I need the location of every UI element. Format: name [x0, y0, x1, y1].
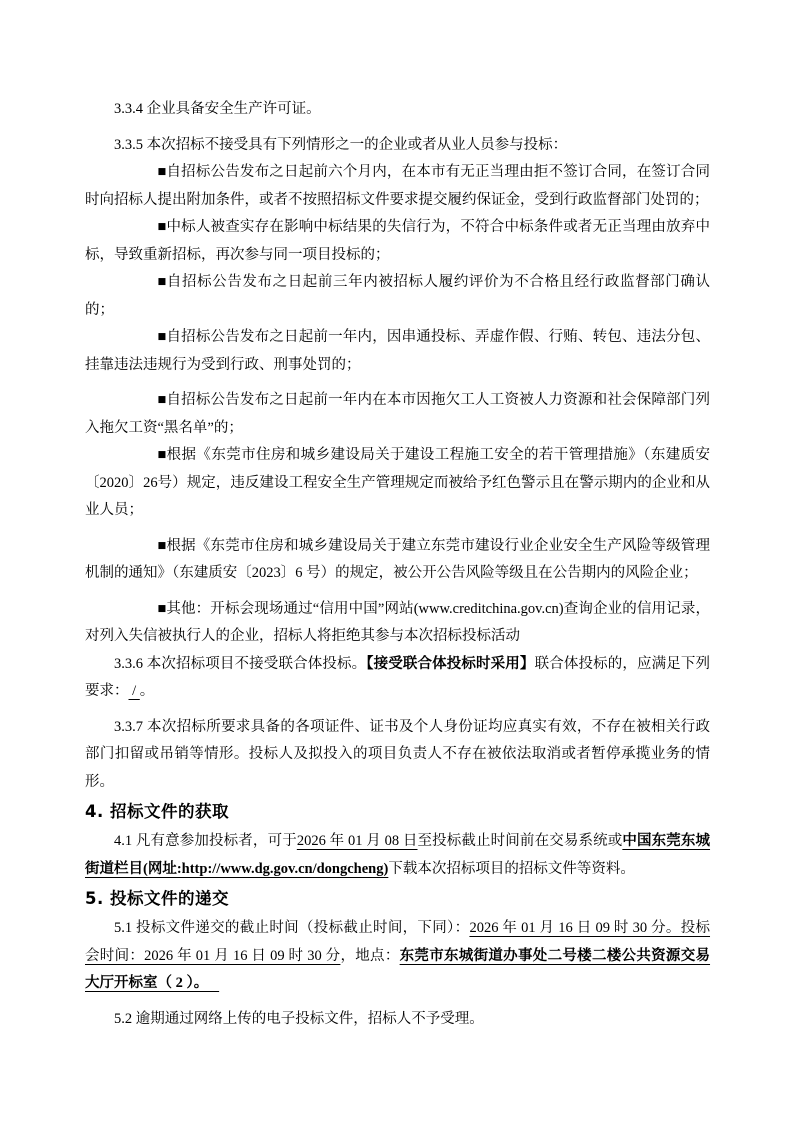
document-body: 3.3.4 企业具备安全生产许可证。3.3.5 本次招标不接受具有下列情形之一的… — [85, 96, 710, 1033]
clause-3-3-6-run-4: 。 — [140, 683, 155, 699]
exclusion-item-1-run-0: ■自招标公告发布之日起前六个月内，在本市有无正当理由拒不签订合同，在签订合同时向… — [85, 164, 710, 208]
clause-3-3-6: 3.3.6 本次招标项目不接受联合体投标。【接受联合体投标时采用】联合体投标的，… — [85, 651, 710, 706]
clause-5-1-run-0: 5.1 投标文件递交的截止时间（投标截止时间，下同）： — [114, 920, 469, 936]
clause-5-2-run-0: 5.2 逾期通过网络上传的电子投标文件，招标人不予受理。 — [114, 1011, 484, 1027]
exclusion-item-4-run-0: ■自招标公告发布之日起前一年内，因串通投标、弄虚作假、行贿、转包、违法分包、挂靠… — [85, 329, 710, 373]
exclusion-item-6: ■根据《东莞市住房和城乡建设局关于建设工程施工安全的若干管理措施》（东建质安〔2… — [85, 442, 710, 525]
clause-5-2: 5.2 逾期通过网络上传的电子投标文件，招标人不予受理。 — [85, 1006, 710, 1034]
clause-3-3-6-run-0: 3.3.6 本次招标项目不接受联合体投标。 — [114, 656, 366, 672]
exclusion-item-6-run-0: ■根据《东莞市住房和城乡建设局关于建设工程施工安全的若干管理措施》（东建质安〔2… — [85, 447, 710, 518]
exclusion-item-7-run-0: ■根据《东莞市住房和城乡建设局关于建立东莞市建设行业企业安全生产风险等级管理机制… — [85, 538, 710, 582]
exclusion-item-1: ■自招标公告发布之日起前六个月内，在本市有无正当理由拒不签订合同，在签订合同时向… — [85, 159, 710, 214]
exclusion-item-5-run-0: ■自招标公告发布之日起前一年内在本市因拖欠工人工资被人力资源和社会保障部门列入拖… — [85, 392, 710, 436]
exclusion-item-3-run-0: ■自招标公告发布之日起前三年内被招标人履约评价为不合格且经行政监督部门确认的； — [85, 274, 710, 318]
clause-3-3-5-run-0: 3.3.5 本次招标不接受具有下列情形之一的企业或者从业人员参与投标： — [114, 137, 567, 153]
exclusion-item-8: ■其他：开标会现场通过“信用中国”网站(www.creditchina.gov.… — [85, 596, 710, 651]
clause-3-3-6-run-3: / — [129, 683, 140, 699]
clause-4-1-run-4: 下载本次招标项目的招标文件等资料。 — [388, 861, 635, 877]
clause-3-3-4-run-0: 3.3.4 企业具备安全生产许可证。 — [114, 101, 321, 117]
clause-4-1-run-1: 2026 年 01 月 08 日 — [297, 833, 418, 849]
exclusion-item-8-run-0: ■其他：开标会现场通过“信用中国”网站(www.creditchina.gov.… — [85, 601, 710, 645]
clause-4-1-run-2: 至投标截止时间前在交易系统或 — [418, 833, 623, 849]
exclusion-item-3: ■自招标公告发布之日起前三年内被招标人履约评价为不合格且经行政监督部门确认的； — [85, 269, 710, 324]
section-5-heading: 5. 投标文件的递交 — [85, 884, 710, 914]
exclusion-item-2-run-0: ■中标人被查实存在影响中标结果的失信行为，不符合中标条件或者无正当理由放弃中标，… — [85, 219, 710, 263]
section-4-heading-run-0: 4. 招标文件的获取 — [85, 802, 229, 821]
clause-4-1-run-0: 4.1 凡有意参加投标者，可于 — [114, 833, 297, 849]
exclusion-item-4: ■自招标公告发布之日起前一年内，因串通投标、弄虚作假、行贿、转包、违法分包、挂靠… — [85, 324, 710, 379]
clause-4-1: 4.1 凡有意参加投标者，可于2026 年 01 月 08 日至投标截止时间前在… — [85, 828, 710, 883]
clause-3-3-7: 3.3.7 本次招标所要求具备的各项证件、证书及个人身份证均应真实有效，不存在被… — [85, 714, 710, 797]
exclusion-item-7: ■根据《东莞市住房和城乡建设局关于建立东莞市建设行业企业安全生产风险等级管理机制… — [85, 533, 710, 588]
clause-5-1-run-2: ，地点： — [340, 948, 399, 964]
clause-3-3-5: 3.3.5 本次招标不接受具有下列情形之一的企业或者从业人员参与投标： — [85, 132, 710, 160]
clause-3-3-7-run-0: 3.3.7 本次招标所要求具备的各项证件、证书及个人身份证均应真实有效，不存在被… — [85, 719, 710, 790]
section-4-heading: 4. 招标文件的获取 — [85, 797, 710, 827]
exclusion-item-2: ■中标人被查实存在影响中标结果的失信行为，不符合中标条件或者无正当理由放弃中标，… — [85, 214, 710, 269]
clause-5-1: 5.1 投标文件递交的截止时间（投标截止时间，下同）：2026 年 01 月 1… — [85, 915, 710, 998]
document-page: 3.3.4 企业具备安全生产许可证。3.3.5 本次招标不接受具有下列情形之一的… — [0, 0, 794, 1123]
exclusion-item-5: ■自招标公告发布之日起前一年内在本市因拖欠工人工资被人力资源和社会保障部门列入拖… — [85, 387, 710, 442]
clause-3-3-6-run-1: 【接受联合体投标时采用】 — [366, 656, 534, 672]
clause-3-3-4: 3.3.4 企业具备安全生产许可证。 — [85, 96, 710, 124]
section-5-heading-run-0: 5. 投标文件的递交 — [85, 889, 229, 908]
